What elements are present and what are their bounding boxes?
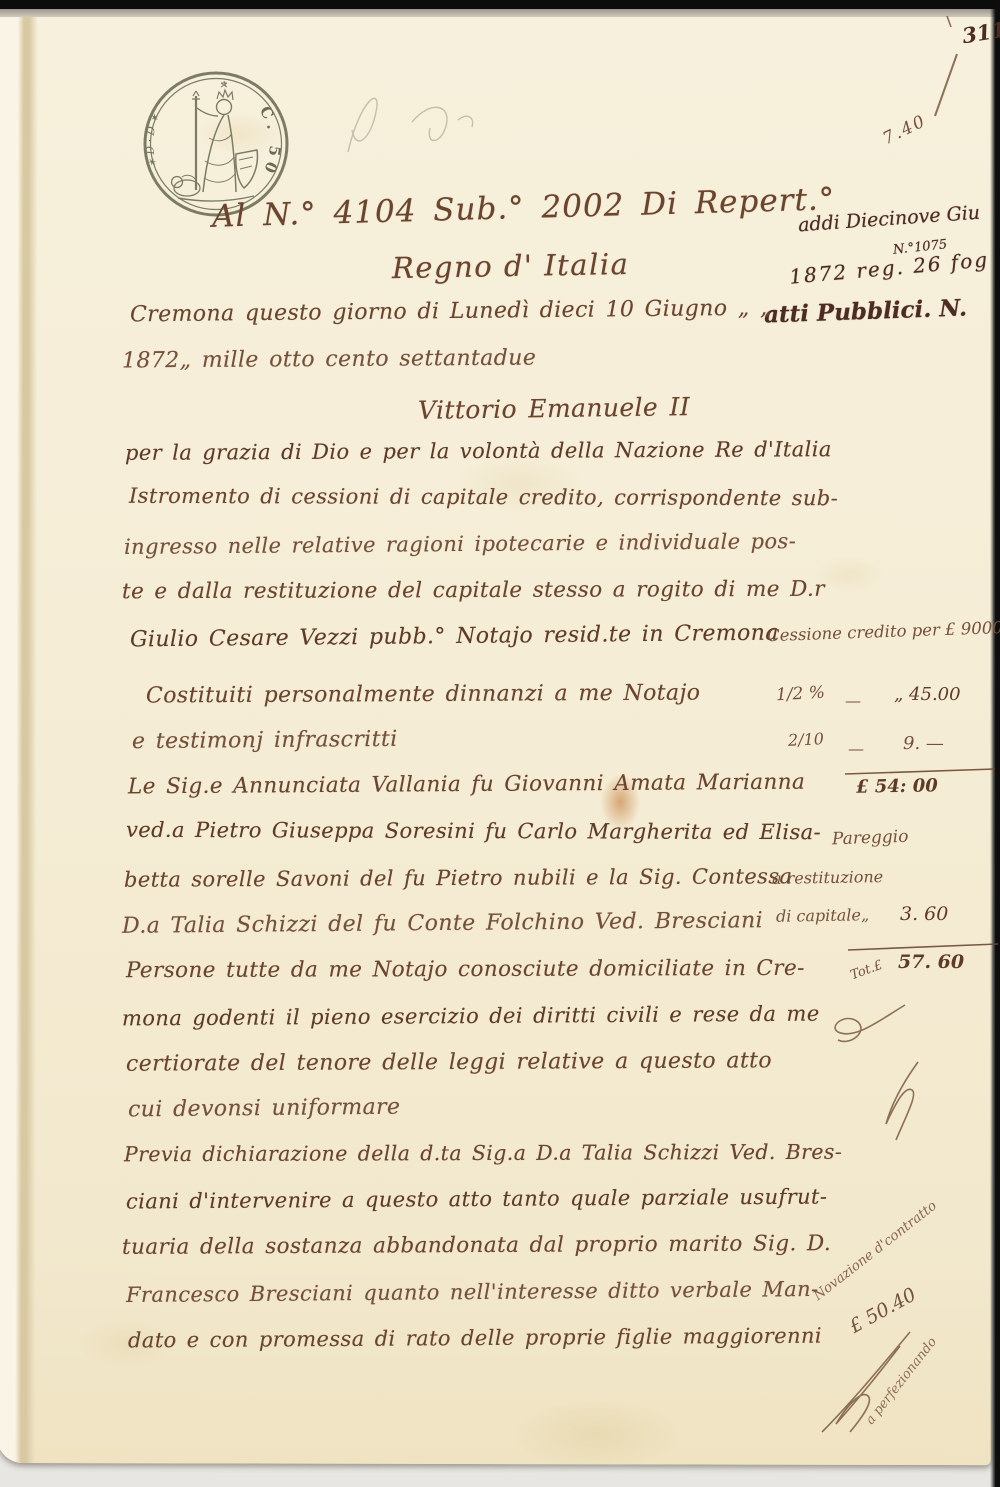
manuscript-line: Persone tutte da me Notajo conosciute do… xyxy=(126,958,805,982)
manuscript-line: betta sorelle Savoni del fu Pietro nubil… xyxy=(124,866,793,890)
manuscript-line: Istromento di cessioni di capitale credi… xyxy=(129,486,838,509)
manuscript-line: D.a Talia Schizzi del fu Conte Folchino … xyxy=(122,910,763,938)
scan-edge-top-shadow xyxy=(0,9,1000,17)
manuscript-line: Vittorio Emanuele II xyxy=(418,394,690,423)
manuscript-line: Le Sig.e Annunciata Vallania fu Giovanni… xyxy=(128,772,805,798)
manuscript-line: Costituiti personalmente dinnanzi a me N… xyxy=(146,683,701,708)
fee-note-capitale-value: 3. 60 xyxy=(900,905,948,924)
kingdom-title-line: Regno d' Italia xyxy=(392,250,630,283)
manuscript-line: Previa dichiarazione della d.ta Sig.a D.… xyxy=(124,1142,842,1165)
fee-row2-label: 2/10 xyxy=(788,731,825,749)
fee-row1-label: 1/2 % xyxy=(776,685,826,705)
registration-line-3: atti Pubblici. N. xyxy=(764,296,968,326)
fee-note-capitale: di capitale„ xyxy=(776,907,869,925)
manuscript-line: ciani d'intervenire a questo atto tanto … xyxy=(126,1187,827,1213)
manuscript-line: certiorate del tenore delle leggi relati… xyxy=(126,1050,772,1075)
manuscript-line: ved.a Pietro Giuseppa Soresini fu Carlo … xyxy=(126,820,821,843)
manuscript-line: dato e con promessa di rato delle propri… xyxy=(128,1326,822,1352)
fee-row1-value: „ 45.00 xyxy=(894,686,961,704)
manuscript-line: mona godenti il pieno esercizio dei diri… xyxy=(122,1004,820,1030)
scanned-manuscript-page: ✶D·D✶ C. 50 311 7.40 Al N.° 4104 Sub.° 2… xyxy=(0,0,1000,1487)
manuscript-line: cui devonsi uniformare xyxy=(128,1097,401,1122)
manuscript-line: tuaria della sostanza abbandonata dal pr… xyxy=(122,1233,831,1258)
fee-subtotal: £ 54: 00 xyxy=(856,777,938,796)
fee-note-pareggio: Pareggio xyxy=(832,829,909,849)
manuscript-line: 1872„ mille otto cento settantadue xyxy=(122,348,536,373)
manuscript-line: te e dalla restituzione del capitale ste… xyxy=(122,579,825,603)
manuscript-line: e testimonj infrascritti xyxy=(132,729,398,753)
fee-row2-value: 9. — xyxy=(903,735,944,753)
fee-total-value: 57. 60 xyxy=(898,953,964,972)
fee-row2-dash: — xyxy=(848,741,864,757)
folio-number: 311 xyxy=(961,19,1000,47)
manuscript-line: ingresso nelle relative ragioni ipotecar… xyxy=(124,531,796,558)
scan-edge-top xyxy=(0,0,1000,9)
fee-row1-dash: — xyxy=(845,693,861,709)
scan-edge-right xyxy=(990,0,1000,1487)
fee-note-restituzione: a restituzione xyxy=(772,869,883,887)
manuscript-line: per la grazia di Dio e per la volontà de… xyxy=(125,439,832,464)
